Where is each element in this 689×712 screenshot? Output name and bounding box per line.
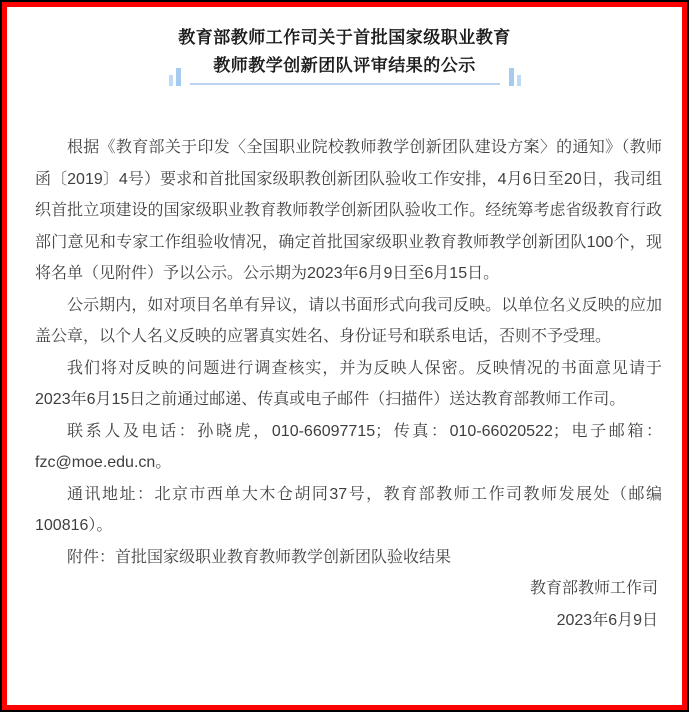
red-border-frame: 教育部教师工作司关于首批国家级职业教育 教师教学创新团队评审结果的公示 根据《教… — [2, 2, 687, 710]
paragraph-contact: 联系人及电话：孙晓虎，010-66097715；传真：010-66020522；… — [35, 416, 662, 479]
notice-body: 根据《教育部关于印发〈全国职业院校教师教学创新团队建设方案〉的通知》（教师函〔2… — [7, 132, 682, 636]
deco-bar-right-short — [517, 75, 521, 86]
paragraph-investigation: 我们将对反映的问题进行调查核实，并为反映人保密。反映情况的书面意见请于2023年… — [35, 353, 662, 416]
deco-bar-right-tall — [509, 68, 514, 86]
signature-block: 教育部教师工作司 2023年6月9日 — [35, 573, 662, 636]
paragraph-address: 通讯地址：北京市西单大木仓胡同37号，教育部教师工作司教师发展处（邮编10081… — [35, 479, 662, 542]
deco-bar-left-short — [169, 75, 173, 86]
signature-date: 2023年6月9日 — [35, 605, 658, 637]
deco-bars-right — [509, 68, 521, 86]
paragraph-attachment: 附件：首批国家级职业教育教师教学创新团队验收结果 — [35, 542, 662, 574]
deco-bars-left — [169, 68, 181, 86]
deco-bar-left-tall — [176, 68, 181, 86]
title-line-1: 教育部教师工作司关于首批国家级职业教育 — [7, 24, 682, 52]
paragraph-intro: 根据《教育部关于印发〈全国职业院校教师教学创新团队建设方案〉的通知》（教师函〔2… — [35, 132, 662, 290]
notice-page: 教育部教师工作司关于首批国家级职业教育 教师教学创新团队评审结果的公示 根据《教… — [0, 0, 689, 712]
signature-department: 教育部教师工作司 — [35, 573, 658, 605]
paragraph-objection: 公示期内，如对项目名单有异议，请以书面形式向我司反映。以单位名义反映的应加盖公章… — [35, 290, 662, 353]
title-underline — [190, 83, 500, 85]
